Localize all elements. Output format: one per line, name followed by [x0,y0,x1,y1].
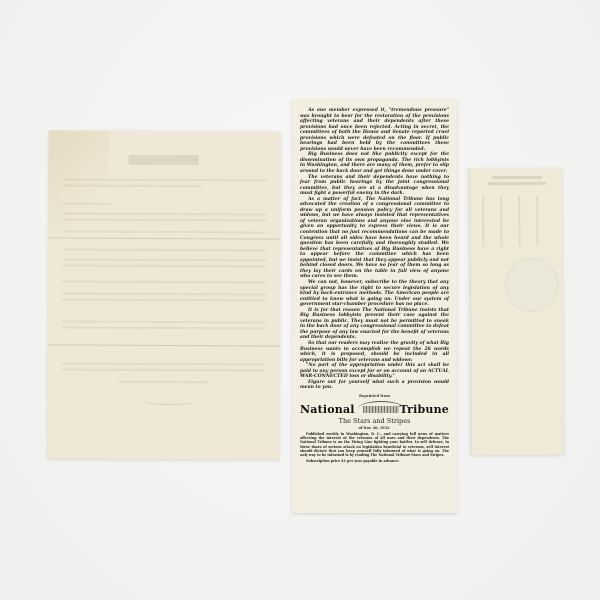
paragraph: As one member expressed it, "tremendous … [300,108,449,152]
faded-text-line [118,381,210,383]
paragraph: It is for that reason The National Tribu… [300,308,449,341]
faded-text-line [62,264,266,267]
reprinted-from-label: Reprinted from [300,394,449,398]
subscription-note: Subscription price $1 per year payable i… [300,459,449,463]
faded-text-line [62,362,266,365]
faded-heading [488,182,546,185]
faded-text-column [482,196,484,246]
issue-date: of Nov. 26, 1931. [300,426,449,430]
faded-text-line [62,292,266,295]
faded-text-line [62,368,266,371]
faded-text-line [62,326,266,329]
paragraph: So that our readers may realize the grav… [300,341,449,363]
faded-text-line [62,298,266,301]
faded-signature [142,395,197,405]
national-tribune-reprint: As one member expressed it, "tremendous … [292,99,457,513]
faded-seal-circle [505,258,559,312]
paragraph: Big Business does not like publicity exc… [300,152,449,174]
quoted-provision: "No part of the appropriation under this… [300,363,449,380]
paragraph: We can not, however, subscribe to the th… [300,280,449,308]
paragraph: The veterans and their dependents have n… [300,175,449,197]
faded-heading [492,176,542,179]
faded-text-line [62,202,110,204]
faded-text-line [62,320,266,323]
eagle-ship-emblem-icon [355,400,400,420]
paper-shadow [464,168,472,455]
faded-text-line [62,280,266,283]
paragraph: Figure out for yourself what such a prov… [300,380,449,391]
right-slip-document [470,168,564,456]
faded-text-column [500,196,502,246]
faded-text-line [62,258,266,261]
faded-letterhead [129,155,199,165]
publisher-note: Published weekly in Washington, D. C., a… [300,432,449,457]
faded-text-line [62,248,266,251]
faded-text-column [536,196,538,246]
paper-fold [48,344,280,346]
faded-text-column [518,196,520,246]
left-letter-document [47,130,281,459]
emblem-ship [363,406,399,413]
masthead-right-word: Tribune [400,403,449,416]
paragraph: As a matter of fact, The National Tribun… [300,197,449,280]
masthead-left-word: National [300,403,355,416]
